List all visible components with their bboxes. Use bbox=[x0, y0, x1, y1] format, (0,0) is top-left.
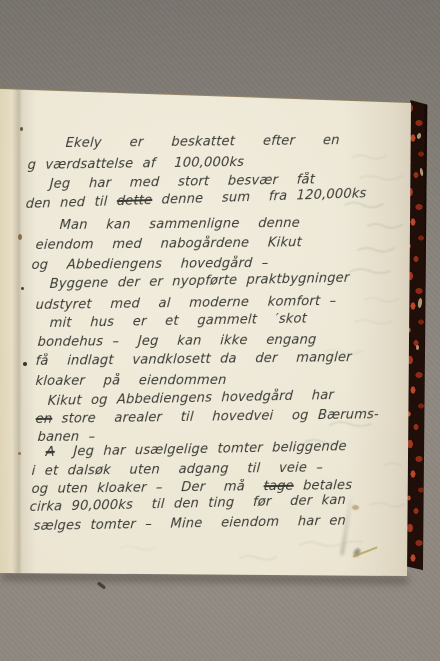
manuscript-line: i et dalsøk uten adgang til veie – bbox=[31, 461, 323, 478]
manuscript-line: banen – bbox=[37, 431, 96, 444]
manuscript-line: og Abbediengens hovedgård – bbox=[31, 257, 269, 272]
stain-fleck bbox=[352, 505, 359, 510]
manuscript-line: Byggene der er nyopførte praktbygninger bbox=[49, 272, 349, 291]
handwriting-segment: mit hus er et gammelt ′skot bbox=[49, 312, 307, 332]
handwriting-segment: store arealer til hovedvei og Bærums- bbox=[52, 407, 379, 427]
manuscript-line: eiendom med nabogårdene Kikut bbox=[35, 236, 302, 252]
notebook-photo: Ekely er beskattet efter eng værdsattels… bbox=[0, 0, 440, 661]
handwriting-segment: udstyret med al moderne komfort – bbox=[35, 294, 336, 313]
manuscript-line: få indlagt vandklosett da der mangler bbox=[35, 351, 352, 368]
paper-fray bbox=[416, 345, 419, 350]
manuscript-line: bondehus – Jeg kan ikke engang bbox=[37, 334, 317, 349]
manuscript-line: g værdsattelse af 100,000ks bbox=[27, 156, 244, 172]
manuscript-line: en store arealer til hovedvei og Bærums- bbox=[35, 408, 379, 426]
manuscript-line: Man kan sammenligne denne bbox=[59, 217, 300, 232]
handwriting-segment: Ekely er beskattet efter en bbox=[65, 133, 340, 151]
manuscript-line: Kikut og Abbediengens hovedgård har bbox=[47, 389, 334, 408]
handwriting-segment: Jeg har usælgelige tomter beliggende bbox=[54, 439, 347, 460]
manuscript-line: kloaker på eiendommen bbox=[35, 374, 227, 388]
manuscript-line: udstyret med al moderne komfort – bbox=[35, 295, 336, 312]
handwriting-segment: eiendom med nabogårdene Kikut bbox=[35, 235, 302, 253]
handwriting-segment: bondehus – Jeg kan ikke engang bbox=[37, 333, 317, 350]
manuscript-line: cirka 90,000ks til den ting før der kan bbox=[29, 494, 346, 514]
handwriting-segment: få indlagt vandklosett da der mangler bbox=[35, 350, 352, 369]
manuscript-line: Ekely er beskattet efter en bbox=[65, 134, 340, 150]
handwriting-segment: banen – bbox=[37, 430, 96, 445]
handwriting-segment: og uten kloaker – Der må bbox=[31, 479, 264, 497]
handwriting-segment: i et dalsøk uten adgang til veie – bbox=[31, 460, 323, 479]
handwriting-segment: betales bbox=[293, 478, 352, 494]
manuscript-line: mit hus er et gammelt ′skot bbox=[49, 313, 307, 331]
handwriting-segment: sælges tomter – Mine eiendom har en bbox=[33, 514, 346, 534]
handwriting-segment: den ned til bbox=[25, 194, 117, 212]
handwriting-segment: kloaker på eiendommen bbox=[35, 373, 227, 389]
handwriting-segment: Kikut og Abbediengens hovedgård har bbox=[47, 388, 334, 409]
struck-word: dette bbox=[117, 193, 153, 209]
handwriting-segment: g værdsattelse af 100,000ks bbox=[27, 155, 244, 173]
handwriting-segment: Byggene der er nyopførte praktbygninger bbox=[49, 271, 349, 292]
struck-word: en bbox=[35, 412, 52, 427]
handwriting-segment: og Abbediengens hovedgård – bbox=[31, 256, 269, 273]
struck-word: tage bbox=[263, 479, 294, 494]
manuscript-line: sælges tomter – Mine eiendom har en bbox=[33, 515, 346, 533]
handwriting-segment: Man kan sammenligne denne bbox=[59, 216, 300, 233]
